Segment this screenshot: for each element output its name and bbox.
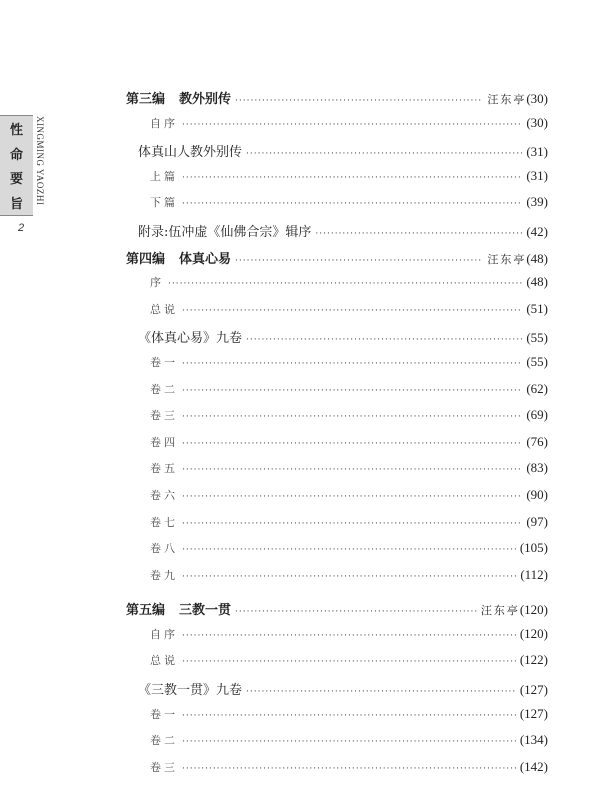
toc-entry[interactable]: 《三教一贯》九卷(127) [126,679,548,706]
toc-entry[interactable]: 自序(30) [126,115,548,142]
leader-dots [182,572,516,582]
leader-dots [182,657,516,667]
book-title-char: 性 [10,119,23,138]
page-ref: (31) [526,144,548,160]
leader-dots [182,711,516,721]
toc-entry[interactable]: 下篇(39) [126,194,548,221]
part-title: 第四编体真心易 [126,248,231,267]
toc-entry[interactable]: 总说(122) [126,652,548,679]
page-ref: (30) [526,115,548,131]
toc-entry[interactable]: 序(48) [126,274,548,301]
page-ref: (42) [526,224,548,240]
part-title: 第五编三教一贯 [126,599,231,618]
toc-entry[interactable]: 附录:伍冲虚《仙佛合宗》辑序(42) [126,221,548,248]
page-ref: (30) [526,91,548,107]
toc-entry[interactable]: 卷一(55) [126,354,548,381]
page-ref: (112) [520,567,548,583]
book-title-char: 旨 [10,193,23,212]
leader-dots [182,737,516,747]
page-ref: (97) [526,514,548,530]
toc-entry[interactable]: 卷一(127) [126,706,548,733]
page-ref: (83) [526,460,548,476]
page-ref: (55) [526,330,548,346]
page-ref: (127) [520,706,548,722]
toc-entry[interactable]: 卷九(112) [126,567,548,594]
page-ref: (105) [520,540,548,556]
leader-dots [182,386,522,396]
toc-part-heading[interactable]: 第四编体真心易 汪东亭 (48) [126,248,548,275]
toc-entry[interactable]: 卷四(76) [126,434,548,461]
page-ref: (90) [526,487,548,503]
page-ref: (62) [526,381,548,397]
toc-entry[interactable]: 卷三(69) [126,407,548,434]
page-ref: (142) [520,759,548,775]
toc-entry[interactable]: 卷七(97) [126,514,548,541]
toc-entry[interactable]: 《体真心易》九卷(55) [126,327,548,354]
page-ref: (120) [520,602,548,618]
toc-entry[interactable]: 卷二(134) [126,732,548,759]
page-ref: (55) [526,354,548,370]
leader-dots [182,545,516,555]
page-ref: (134) [520,732,548,748]
toc-part-heading[interactable]: 第三编教外别传 汪东亭 (30) [126,88,548,115]
leader-dots [168,279,522,289]
toc-entry[interactable]: 卷三(142) [126,759,548,786]
leader-dots [182,764,516,774]
leader-dots [315,229,522,239]
toc-entry[interactable]: 体真山人教外别传(31) [126,141,548,168]
page-ref: (76) [526,434,548,450]
page-number: 2 [18,222,24,234]
page-ref: (39) [526,194,548,210]
leader-dots [182,199,522,209]
page-ref: (48) [526,251,548,267]
toc-entry[interactable]: 自序(120) [126,626,548,653]
author: 汪东亭 [481,602,520,618]
leader-dots [182,120,522,130]
toc-entry[interactable]: 上篇(31) [126,168,548,195]
page-ref: (31) [526,168,548,184]
toc-entry[interactable]: 总说(51) [126,301,548,328]
leader-dots [182,359,522,369]
leader-dots [182,306,522,316]
toc-entry[interactable]: 卷六(90) [126,487,548,514]
author: 汪东亭 [487,251,526,267]
toc-entry[interactable]: 卷二(62) [126,381,548,408]
page-ref: (51) [526,301,548,317]
leader-dots [182,412,522,422]
leader-dots [182,465,522,475]
page-ref: (120) [520,626,548,642]
book-title-char: 要 [10,168,23,187]
leader-dots [182,173,522,183]
leader-dots [182,492,522,502]
leader-dots [182,631,516,641]
leader-dots [182,439,522,449]
leader-dots [246,335,522,345]
leader-dots [235,607,477,617]
book-title-pinyin: XINGMING YAOZHI [35,116,45,214]
leader-dots [182,519,522,529]
leader-dots [246,687,516,697]
author: 汪东亭 [487,91,526,107]
toc-entry[interactable]: 卷五(83) [126,460,548,487]
leader-dots [235,256,483,266]
part-title: 第三编教外别传 [126,88,231,107]
page-ref: (48) [526,274,548,290]
book-title-vertical: 性 命 要 旨 [0,116,33,215]
leader-dots [246,149,522,159]
leader-dots [235,96,483,106]
toc-part-heading[interactable]: 第五编三教一贯 汪东亭 (120) [126,599,548,626]
page-ref: (127) [520,682,548,698]
toc-entry[interactable]: 卷八(105) [126,540,548,567]
book-title-tab: 性 命 要 旨 [0,115,33,216]
table-of-contents: 第三编教外别传 汪东亭 (30) 自序(30) 体真山人教外别传(31) 上篇(… [126,88,548,785]
page-ref: (122) [520,652,548,668]
book-title-char: 命 [10,144,23,163]
page-ref: (69) [526,407,548,423]
